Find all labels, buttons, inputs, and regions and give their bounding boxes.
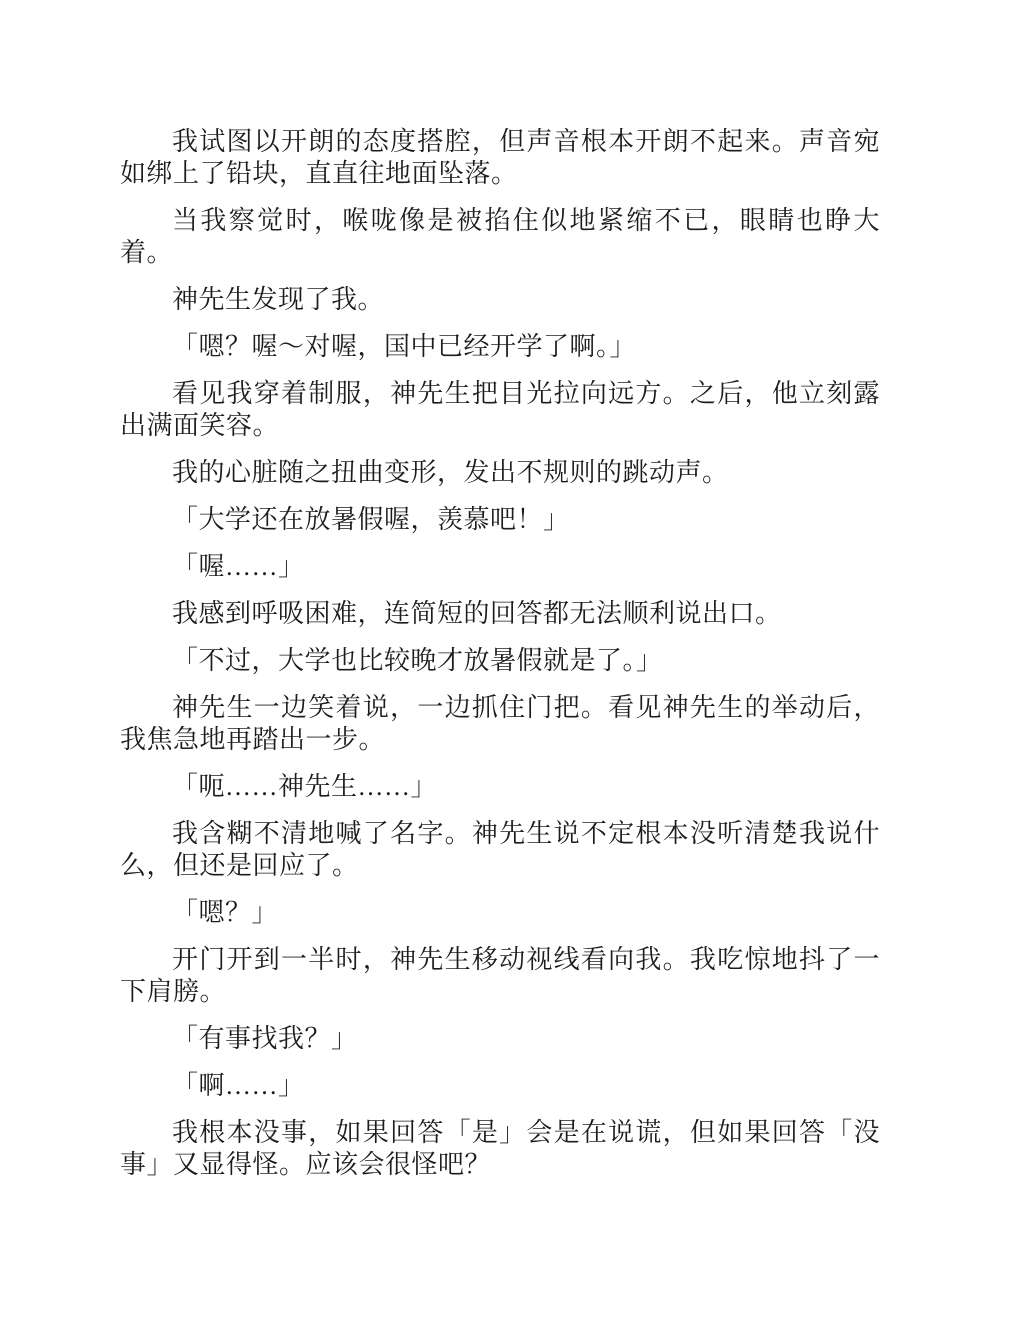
paragraph: 神先生一边笑着说，一边抓住门把。看见神先生的举动后，我焦急地再踏出一步。	[120, 692, 880, 756]
paragraph: 开门开到一半时，神先生移动视线看向我。我吃惊地抖了一下肩膀。	[120, 944, 880, 1008]
paragraph: 我含糊不清地喊了名字。神先生说不定根本没听清楚我说什么，但还是回应了。	[120, 818, 880, 882]
paragraph-dialogue: 「嗯？」	[120, 897, 880, 929]
paragraph: 我感到呼吸困难，连简短的回答都无法顺利说出口。	[120, 598, 880, 630]
paragraph-dialogue: 「喔……」	[120, 551, 880, 583]
paragraph: 我的心脏随之扭曲变形，发出不规则的跳动声。	[120, 457, 880, 489]
paragraph-dialogue: 「嗯？喔～对喔，国中已经开学了啊。」	[120, 331, 880, 363]
paragraph-dialogue: 「有事找我？」	[120, 1023, 880, 1055]
paragraph-dialogue: 「不过，大学也比较晚才放暑假就是了。」	[120, 645, 880, 677]
paragraph-dialogue: 「啊……」	[120, 1070, 880, 1102]
paragraph: 当我察觉时，喉咙像是被掐住似地紧缩不已，眼睛也睁大着。	[120, 205, 880, 269]
paragraph: 神先生发现了我。	[120, 284, 880, 316]
paragraph: 我试图以开朗的态度搭腔，但声音根本开朗不起来。声音宛如绑上了铅块，直直往地面坠落…	[120, 126, 880, 190]
paragraph-dialogue: 「呃……神先生……」	[120, 771, 880, 803]
paragraph: 看见我穿着制服，神先生把目光拉向远方。之后，他立刻露出满面笑容。	[120, 378, 880, 442]
paragraph: 我根本没事，如果回答「是」会是在说谎，但如果回答「没事」又显得怪。应该会很怪吧？	[120, 1117, 880, 1181]
document-page: 我试图以开朗的态度搭腔，但声音根本开朗不起来。声音宛如绑上了铅块，直直往地面坠落…	[0, 0, 1020, 1320]
paragraph-dialogue: 「大学还在放暑假喔，羡慕吧！」	[120, 504, 880, 536]
